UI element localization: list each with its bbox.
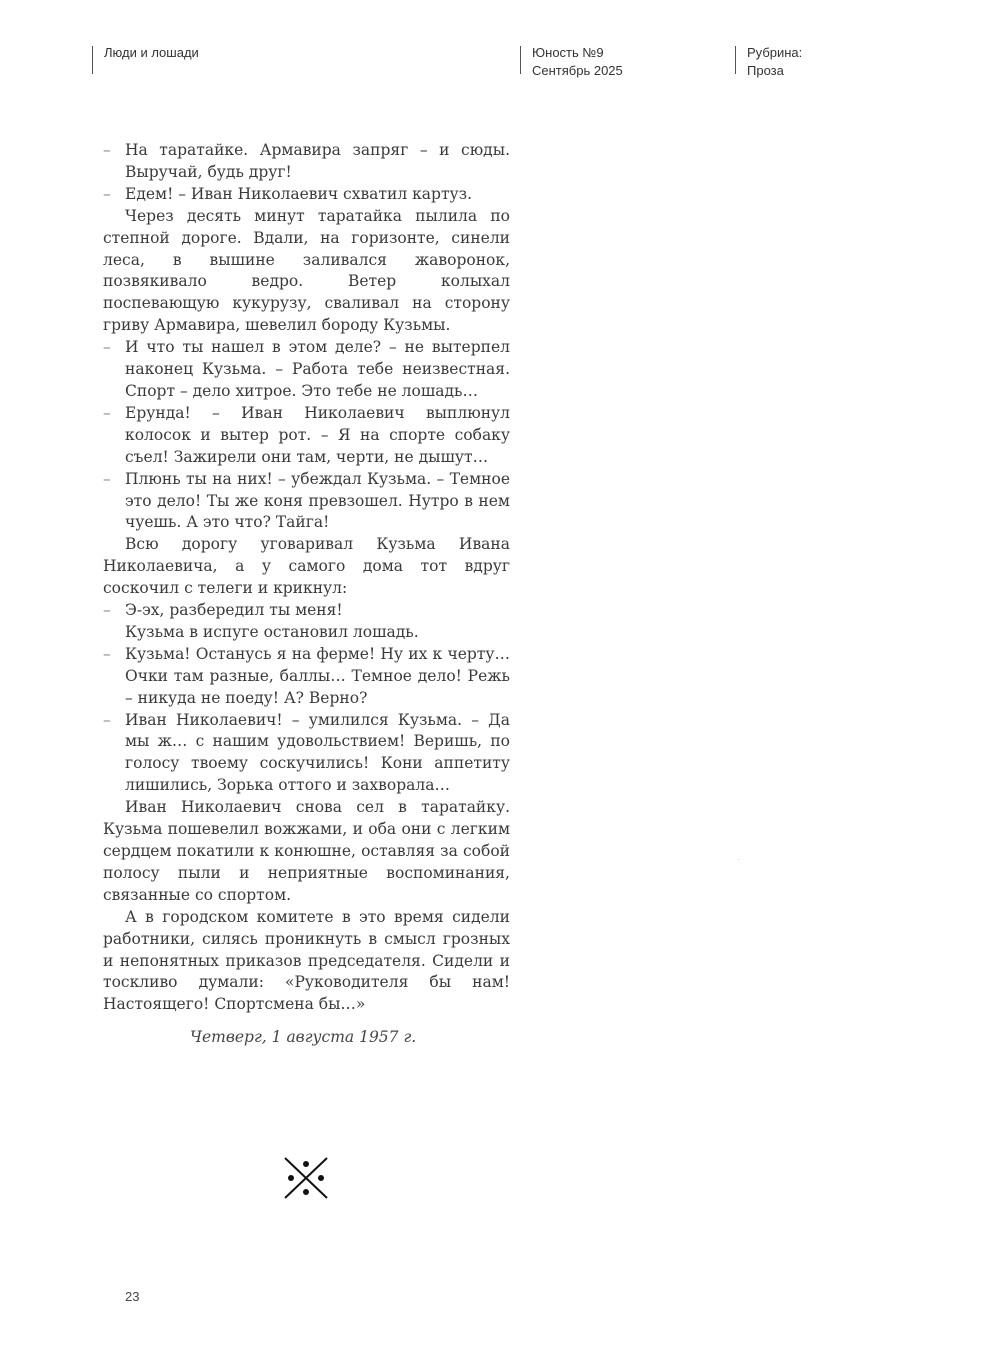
signature-date: Четверг, 1 августа 1957 г. bbox=[190, 1028, 416, 1046]
header-rubric: Рубрина: Проза bbox=[735, 44, 802, 80]
page-number: 23 bbox=[125, 1289, 139, 1304]
paragraph: Иван Николаевич снова сел в таратайку. К… bbox=[103, 797, 510, 907]
rubric-label: Рубрина: bbox=[735, 44, 802, 62]
header-divider bbox=[735, 46, 736, 74]
header-divider bbox=[92, 46, 93, 74]
dialogue-line: Иван Николаевич! – умилился Кузьма. – Да… bbox=[103, 710, 510, 798]
issue-date: Сентябрь 2025 bbox=[520, 62, 623, 80]
dialogue-line: Кузьма! Останусь я на ферме! Ну их к чер… bbox=[103, 644, 510, 710]
magazine-name: Юность №9 bbox=[520, 44, 623, 62]
dialogue-line: Э-эх, разбередил ты меня! bbox=[103, 600, 510, 622]
speck bbox=[738, 859, 739, 860]
narration-line: Кузьма в испуге остановил лошадь. bbox=[103, 622, 510, 644]
rubric-value: Проза bbox=[735, 62, 802, 80]
paragraph: А в городском комитете в это время сидел… bbox=[103, 907, 510, 1017]
dialogue-line: Плюнь ты на них! – убеждал Кузьма. – Тем… bbox=[103, 469, 510, 535]
paragraph: Всю дорогу уговаривал Кузьма Ивана Никол… bbox=[103, 534, 510, 600]
paragraph: Через десять минут таратайка пылила по с… bbox=[103, 206, 510, 337]
header-divider bbox=[520, 46, 521, 74]
header-issue: Юность №9 Сентябрь 2025 bbox=[520, 44, 623, 80]
article-body: На таратайке. Армавира запряг – и сюды. … bbox=[103, 140, 510, 1016]
header-section-title: Люди и лошади bbox=[92, 44, 199, 62]
section-end-ornament-icon bbox=[282, 1155, 330, 1201]
dialogue-line: Ерунда! – Иван Николаевич выплюнул колос… bbox=[103, 403, 510, 469]
dialogue-line: На таратайке. Армавира запряг – и сюды. … bbox=[103, 140, 510, 184]
dialogue-line: И что ты нашел в этом деле? – не вытерпе… bbox=[103, 337, 510, 403]
dialogue-line: Едем! – Иван Николаевич схватил картуз. bbox=[103, 184, 510, 206]
section-title: Люди и лошади bbox=[92, 44, 199, 62]
